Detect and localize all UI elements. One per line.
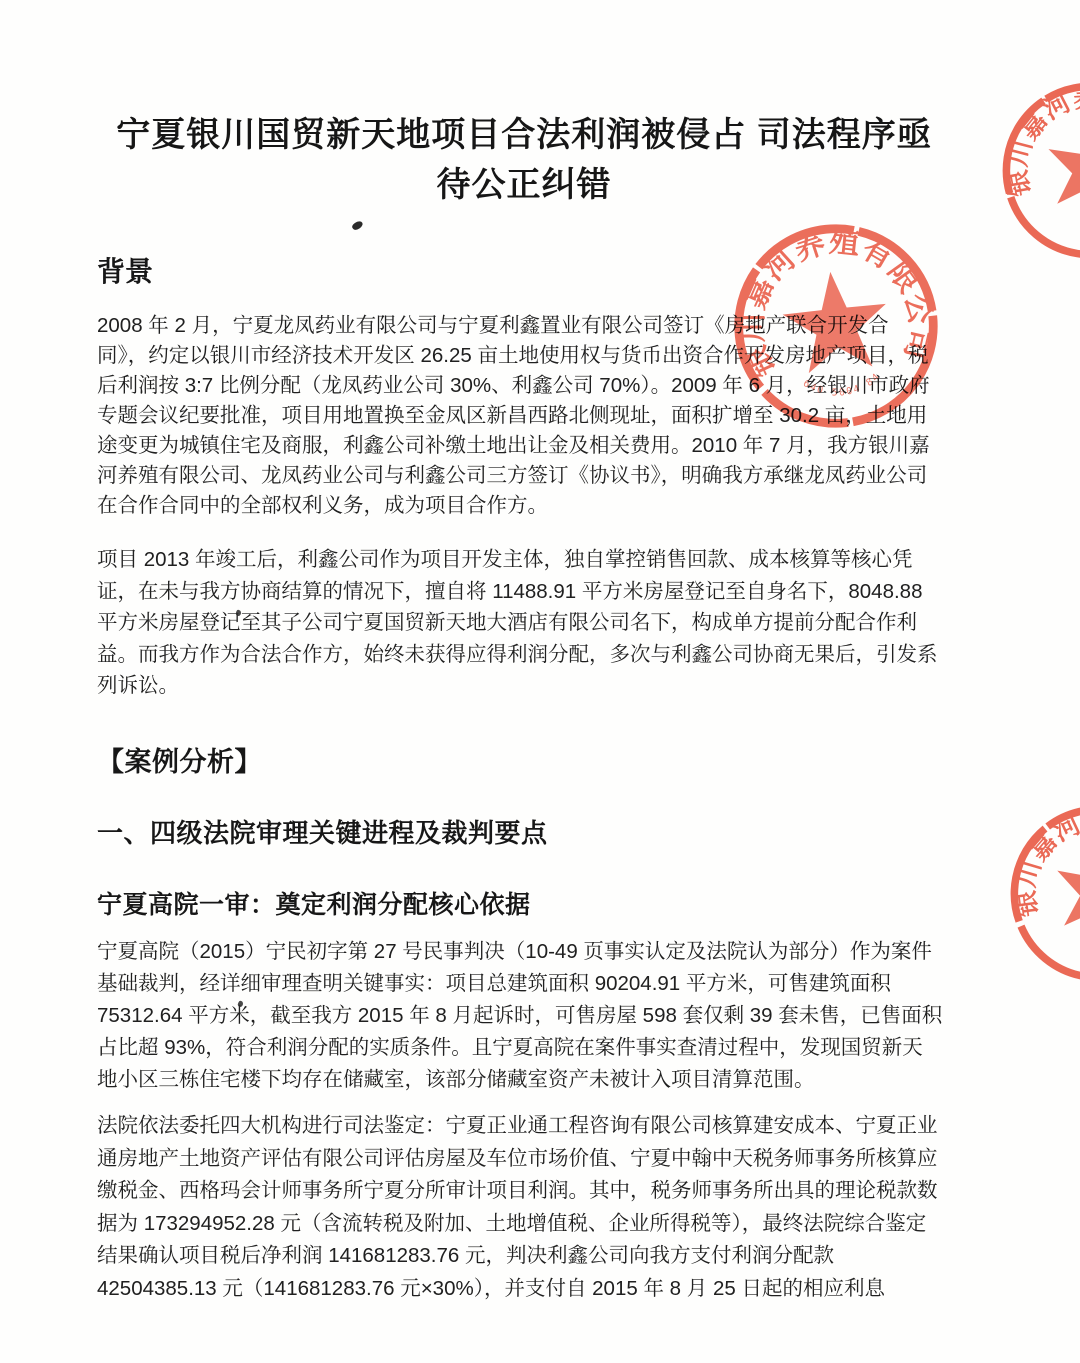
company-seal-stamp-edge-top: 银川嘉河养殖有限公司 bbox=[985, 65, 1080, 277]
seal-star-icon bbox=[779, 266, 892, 375]
text-line: 据为 173294952.28 元（含流转税及附加、土地增值税、企业所得税等），… bbox=[97, 1208, 977, 1241]
ink-speck bbox=[351, 219, 364, 231]
text-line: 益。而我方作为合法合作方，始终未获得应得利润分配，多次与利鑫公司协商无果后，引发… bbox=[97, 639, 977, 671]
heading-part1: 一、四级法院审理关键进程及裁判要点 bbox=[97, 813, 548, 850]
text-line: 宁夏高院（2015）宁民初字第 27 号民事判决（10-49 页事实认定及法院认… bbox=[97, 936, 977, 968]
heading-background: 背景 bbox=[97, 250, 153, 290]
text-line: 75312.64 平方米，截至我方 2015 年 8 月起诉时，可售房屋 598… bbox=[97, 1000, 977, 1032]
document-title: 宁夏银川国贸新天地项目合法利润被侵占 司法程序亟 待公正纠错 bbox=[20, 110, 1028, 210]
text-line: 列诉讼。 bbox=[97, 670, 977, 702]
heading-first-instance: 宁夏高院一审：奠定利润分配核心依据 bbox=[97, 885, 531, 921]
paragraph-background-2: 项目 2013 年竣工后，利鑫公司作为项目开发主体，独自掌控销售回款、成本核算等… bbox=[97, 544, 977, 702]
text-line: 途变更为城镇住宅及商服，利鑫公司补缴土地出让金及相关费用。2010 年 7 月，… bbox=[97, 431, 977, 461]
text-line: 项目 2013 年竣工后，利鑫公司作为项目开发主体，独自掌控销售回款、成本核算等… bbox=[97, 544, 977, 576]
text-line: 42504385.13 元（141681283.76 元×30%），并支付自 2… bbox=[97, 1273, 977, 1306]
text-line: 证，在未与我方协商结算的情况下，擅自将 11488.91 平方米房屋登记至自身名… bbox=[97, 576, 977, 608]
text-line: 缴税金、西格玛会计师事务所宁夏分所审计项目利润。其中，税务师事务所出具的理论税款… bbox=[97, 1175, 977, 1208]
scanned-document-page: { "title": { "line1": "宁夏银川国贸新天地项目合法利润被侵… bbox=[0, 0, 1080, 1363]
seal-graphic: 银川嘉河养殖有限公司 bbox=[985, 65, 1080, 277]
seal-graphic: 银川嘉河养殖有限公司 640 5004 84 bbox=[718, 208, 953, 443]
text-line: 结果确认项目税后净利润 141681283.76 元，判决利鑫公司向我方支付利润… bbox=[97, 1240, 977, 1273]
seal-company-name: 银川嘉河养殖有限公司 bbox=[1004, 791, 1080, 951]
company-seal-stamp-edge-middle: 银川嘉河养殖有限公司 bbox=[990, 785, 1080, 1002]
paragraph-trial-1: 宁夏高院（2015）宁民初字第 27 号民事判决（10-49 页事实认定及法院认… bbox=[97, 936, 977, 1096]
paragraph-trial-2: 法院依法委托四大机构进行司法鉴定：宁夏正业通工程咨询有限公司核算建安成本、宁夏正… bbox=[97, 1110, 977, 1305]
text-line: 地小区三栋住宅楼下均存在储藏室，该部分储藏室资产未被计入项目清算范围。 bbox=[97, 1064, 977, 1096]
seal-serial-number: 640 5004 84 bbox=[800, 370, 885, 402]
text-line: 通房地产土地资产评估有限公司评估房屋及车位市场价值、宁夏中翰中天税务师事务所核算… bbox=[97, 1143, 977, 1176]
text-line: 占比超 93%，符合利润分配的实质条件。且宁夏高院在案件事实查清过程中，发现国贸… bbox=[97, 1032, 977, 1064]
heading-case-analysis: 【案例分析】 bbox=[97, 740, 262, 779]
text-line: 平方米房屋登记至其子公司宁夏国贸新天地大酒店有限公司名下，构成单方提前分配合作利 bbox=[97, 607, 977, 639]
document-title-line2: 待公正纠错 bbox=[20, 160, 1028, 210]
text-line: 基础裁判，经详细审理查明关键事实：项目总建筑面积 90204.91 平方米，可售… bbox=[97, 968, 977, 1000]
seal-graphic: 银川嘉河养殖有限公司 bbox=[990, 785, 1080, 1002]
text-line: 法院依法委托四大机构进行司法鉴定：宁夏正业通工程咨询有限公司核算建安成本、宁夏正… bbox=[97, 1110, 977, 1143]
document-title-line1: 宁夏银川国贸新天地项目合法利润被侵占 司法程序亟 bbox=[20, 110, 1028, 160]
company-seal-stamp: 银川嘉河养殖有限公司 640 5004 84 bbox=[718, 208, 953, 443]
text-line: 河养殖有限公司、龙凤药业公司与利鑫公司三方签订《协议书》，明确我方承继龙凤药业公… bbox=[97, 461, 977, 491]
text-line: 在合作合同中的全部权利义务，成为项目合作方。 bbox=[97, 491, 977, 521]
